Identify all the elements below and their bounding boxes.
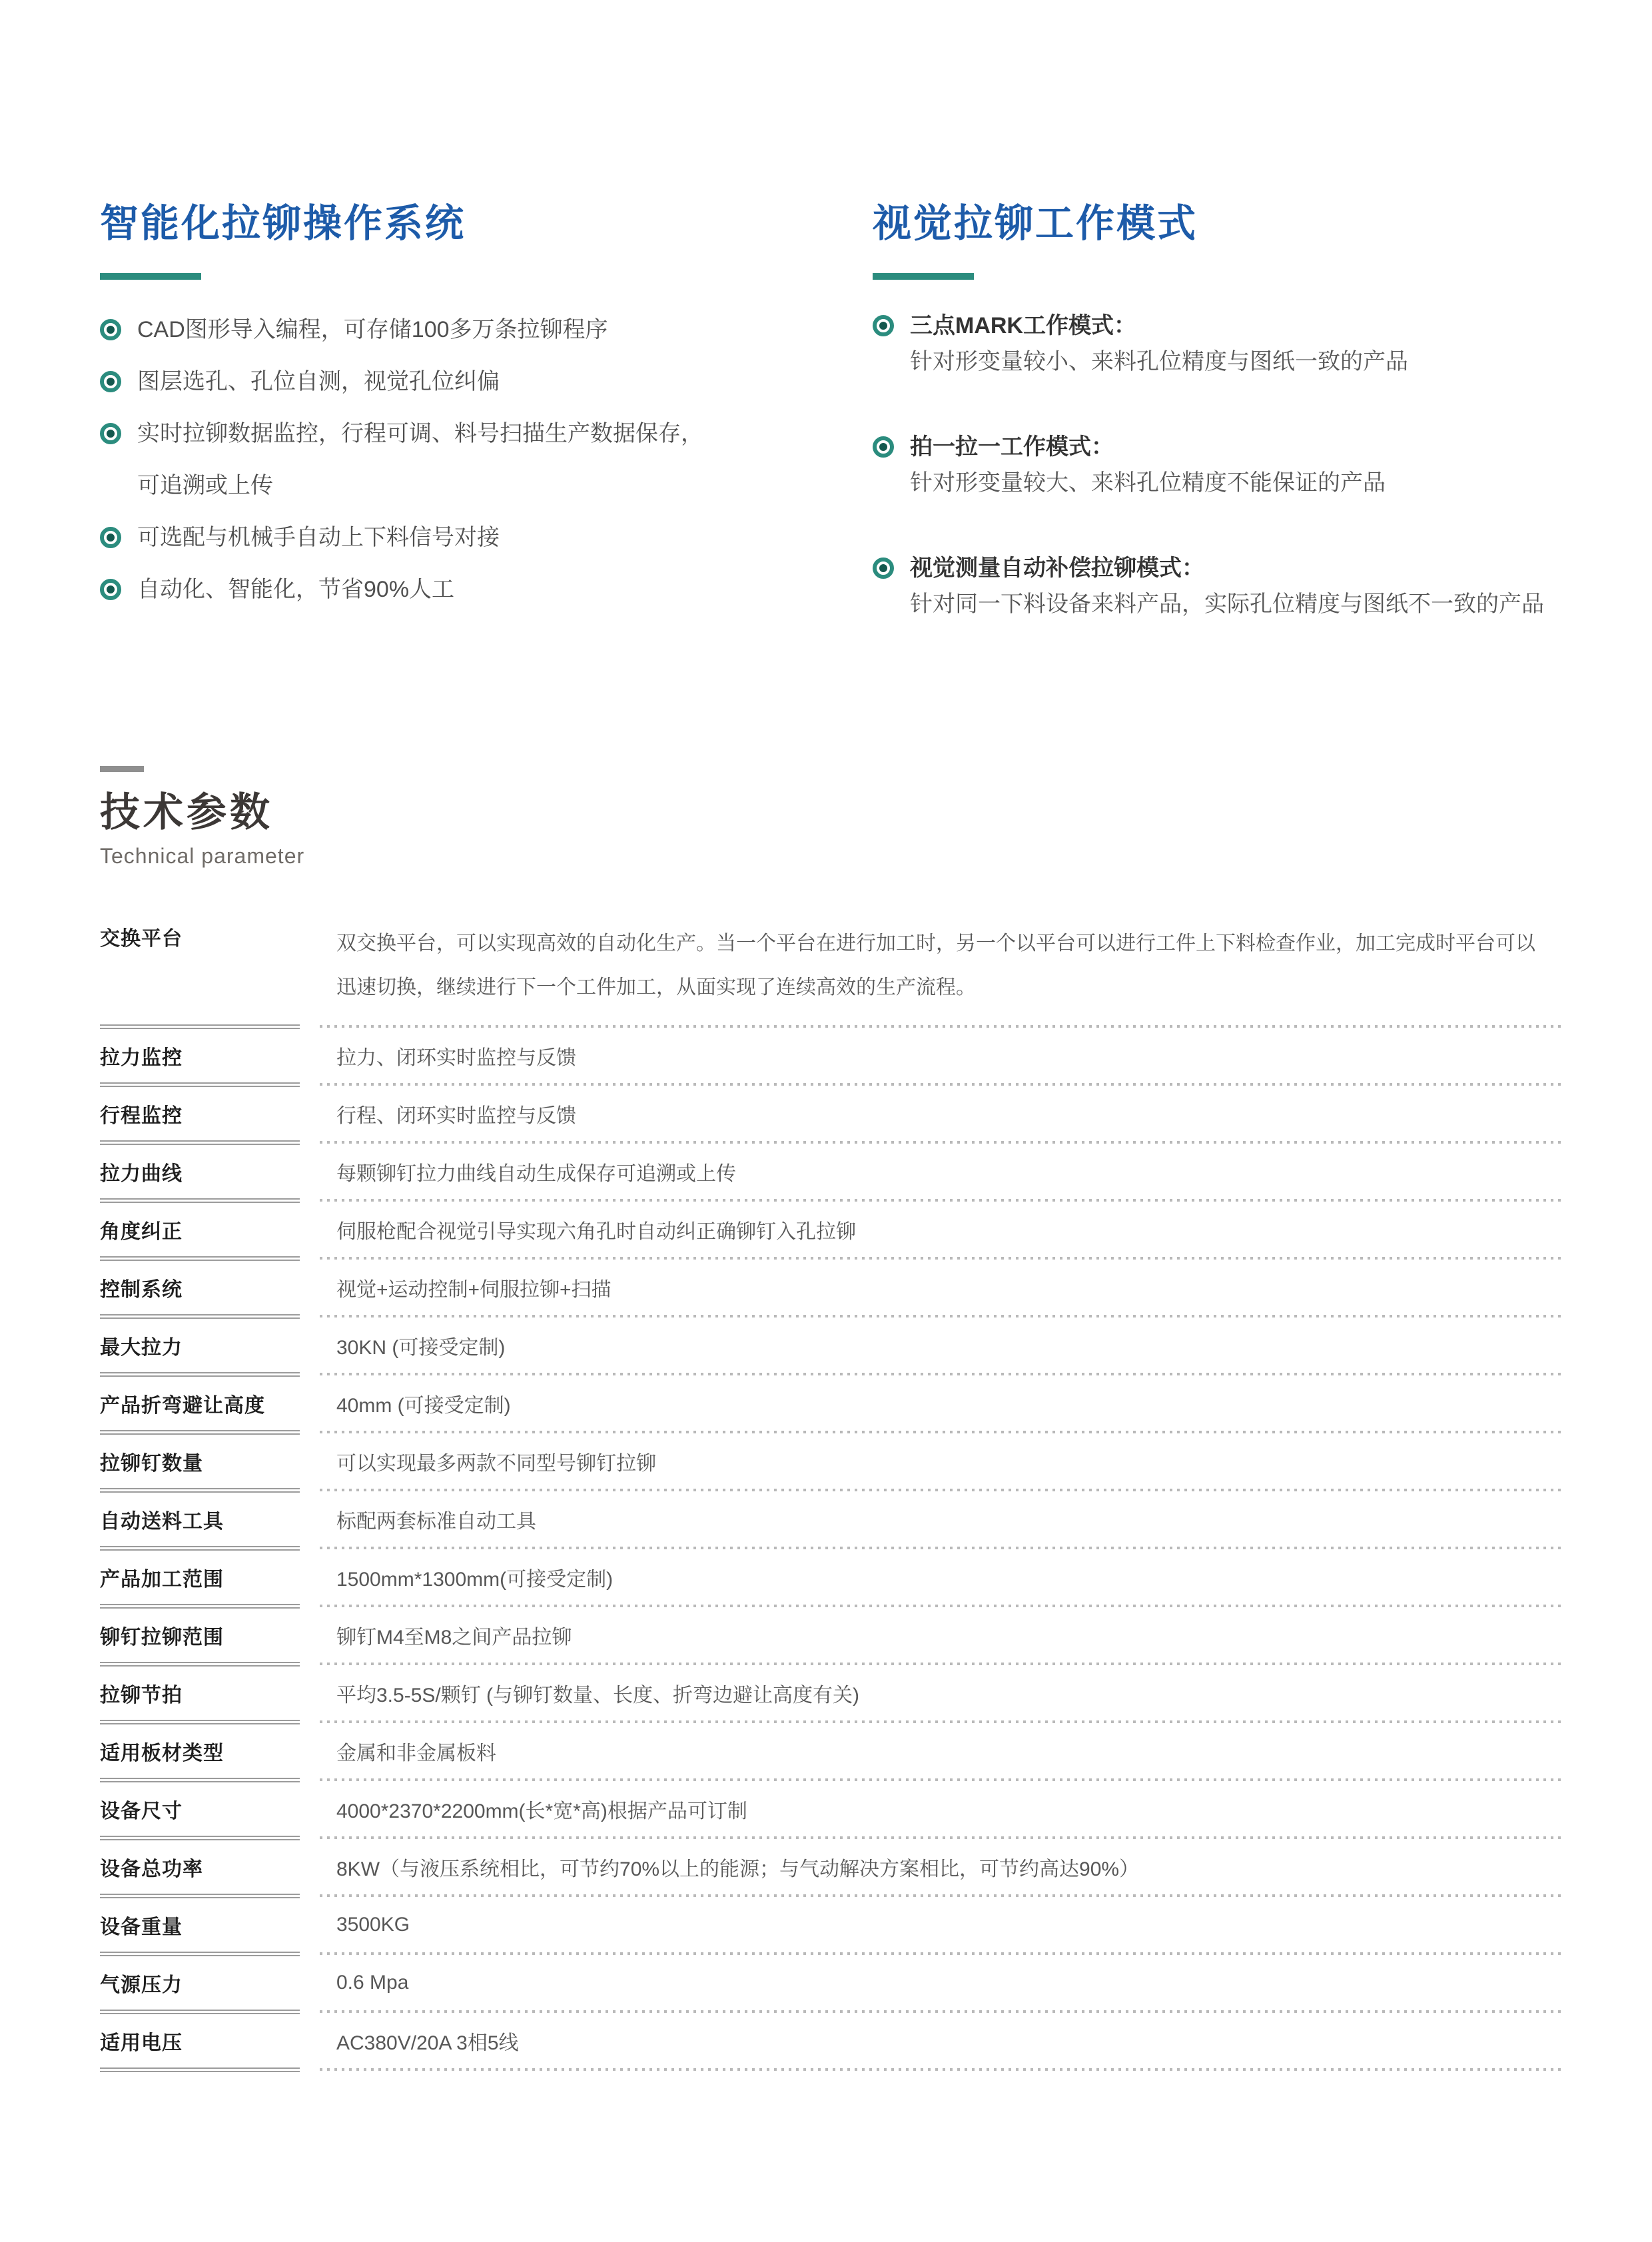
table-row: 拉力监控 拉力、闭环实时监控与反馈 — [100, 1029, 1562, 1082]
row-separator — [100, 2010, 1562, 2014]
separator-dotted-line — [320, 1778, 1562, 1781]
mode-title: 三点MARK工作模式： — [910, 308, 1592, 344]
row-value: AC380V/20A 3相5线 — [336, 2026, 1562, 2055]
separator-dotted-line — [320, 1663, 1562, 1665]
separator-solid-line — [100, 1430, 300, 1435]
separator-dotted-line — [320, 1547, 1562, 1549]
row-separator — [100, 1314, 1562, 1319]
bullet-icon — [100, 579, 121, 600]
separator-dotted-line — [320, 1489, 1562, 1491]
table-row: 自动送料工具 标配两套标准自动工具 — [100, 1493, 1562, 1546]
table-row: 拉铆节拍 平均3.5-5S/颗钉 (与铆钉数量、长度、折弯边避让高度有关) — [100, 1667, 1562, 1720]
list-item: 可选配与机械手自动上下料信号对接 — [100, 512, 707, 563]
row-label: 角度纠正 — [100, 1215, 336, 1244]
separator-dotted-line — [320, 1199, 1562, 1202]
table-row: 设备尺寸 4000*2370*2200mm(长*宽*高)根据产品可订制 — [100, 1782, 1562, 1836]
separator-solid-line — [100, 1314, 300, 1319]
gray-dash — [100, 766, 144, 772]
table-row: 铆钉拉铆范围 铆钉M4至M8之间产品拉铆 — [100, 1609, 1562, 1662]
list-item: 实时拉铆数据监控，行程可调、料号扫描生产数据保存，可追溯或上传 — [100, 408, 707, 512]
row-separator — [100, 2067, 1562, 2072]
row-value: 拉力、闭环实时监控与反馈 — [336, 1041, 1562, 1070]
separator-solid-line — [100, 1140, 300, 1145]
row-label: 拉力曲线 — [100, 1157, 336, 1186]
row-value: 8KW（与液压系统相比，可节约70%以上的能源；与气动解决方案相比，可节约高达9… — [336, 1852, 1562, 1882]
separator-solid-line — [100, 1778, 300, 1782]
mode-description: 针对形变量较大、来料孔位精度不能保证的产品 — [910, 465, 1592, 501]
row-label: 行程监控 — [100, 1099, 336, 1128]
section-smart-riveting-system: 智能化拉铆操作系统 CAD图形导入编程，可存储100多万条拉铆程序 图层选孔、孔… — [100, 200, 819, 615]
row-separator — [100, 1372, 1562, 1377]
table-row: 控制系统 视觉+运动控制+伺服拉铆+扫描 — [100, 1261, 1562, 1314]
separator-solid-line — [100, 1198, 300, 1203]
row-value: 平均3.5-5S/颗钉 (与铆钉数量、长度、折弯边避让高度有关) — [336, 1679, 1562, 1708]
row-value: 4000*2370*2200mm(长*宽*高)根据产品可订制 — [336, 1794, 1562, 1824]
separator-solid-line — [100, 1488, 300, 1493]
row-separator — [100, 1082, 1562, 1087]
brochure-page: 智能化拉铆操作系统 CAD图形导入编程，可存储100多万条拉铆程序 图层选孔、孔… — [0, 0, 1652, 2242]
table-row: 最大拉力 30KN (可接受定制) — [100, 1319, 1562, 1372]
row-value: 标配两套标准自动工具 — [336, 1505, 1562, 1534]
mode-list: 三点MARK工作模式： 针对形变量较小、来料孔位精度与图纸一致的产品 拍一拉一工… — [873, 308, 1592, 622]
list-item-text: 图层选孔、孔位自测，视觉孔位纠偏 — [137, 369, 500, 394]
row-label: 设备重量 — [100, 1910, 336, 1940]
feature-list: CAD图形导入编程，可存储100多万条拉铆程序 图层选孔、孔位自测，视觉孔位纠偏… — [100, 304, 819, 615]
row-value: 伺服枪配合视觉引导实现六角孔时自动纠正确铆钉入孔拉铆 — [336, 1215, 1562, 1244]
table-row: 设备重量 3500KG — [100, 1898, 1562, 1952]
row-separator — [100, 1778, 1562, 1782]
separator-solid-line — [100, 1256, 300, 1261]
row-value: 30KN (可接受定制) — [336, 1331, 1562, 1360]
list-item: CAD图形导入编程，可存储100多万条拉铆程序 — [100, 304, 707, 356]
row-separator — [100, 1604, 1562, 1609]
separator-dotted-line — [320, 1025, 1562, 1028]
separator-solid-line — [100, 2010, 300, 2014]
mode-title: 视觉测量自动补偿拉铆模式： — [910, 550, 1592, 586]
row-label: 产品加工范围 — [100, 1563, 336, 1592]
section-vision-work-modes: 视觉拉铆工作模式 三点MARK工作模式： 针对形变量较小、来料孔位精度与图纸一致… — [873, 200, 1592, 671]
row-separator — [100, 1662, 1562, 1667]
separator-dotted-line — [320, 1315, 1562, 1317]
row-label: 产品折弯避让高度 — [100, 1389, 336, 1418]
separator-dotted-line — [320, 1431, 1562, 1433]
separator-solid-line — [100, 1662, 300, 1667]
list-item: 自动化、智能化，节省90%人工 — [100, 563, 707, 615]
row-separator — [100, 1894, 1562, 1898]
separator-solid-line — [100, 1952, 300, 1956]
row-separator — [100, 1198, 1562, 1203]
separator-solid-line — [100, 1082, 300, 1087]
table-row: 拉铆钉数量 可以实现最多两款不同型号铆钉拉铆 — [100, 1435, 1562, 1488]
row-separator — [100, 1836, 1562, 1840]
row-value: 金属和非金属板料 — [336, 1736, 1562, 1766]
separator-solid-line — [100, 1372, 300, 1377]
list-item: 图层选孔、孔位自测，视觉孔位纠偏 — [100, 356, 707, 408]
mode-description: 针对形变量较小、来料孔位精度与图纸一致的产品 — [910, 344, 1592, 380]
separator-dotted-line — [320, 1952, 1562, 1955]
separator-solid-line — [100, 2067, 300, 2072]
row-value: 视觉+运动控制+伺服拉铆+扫描 — [336, 1273, 1562, 1302]
row-label: 最大拉力 — [100, 1331, 336, 1360]
row-value: 40mm (可接受定制) — [336, 1389, 1562, 1418]
tech-title: 技术参数 — [100, 791, 304, 835]
tech-subtitle: Technical parameter — [100, 844, 304, 869]
separator-solid-line — [100, 1720, 300, 1724]
row-separator — [100, 1952, 1562, 1956]
parameter-table: 交换平台 双交换平台，可以实现高效的自动化生产。当一个平台在进行加工时，另一个以… — [100, 906, 1562, 2072]
row-separator — [100, 1488, 1562, 1493]
row-label: 拉力监控 — [100, 1041, 336, 1070]
row-label: 铆钉拉铆范围 — [100, 1621, 336, 1650]
section-title: 视觉拉铆工作模式 — [873, 200, 1592, 248]
separator-dotted-line — [320, 1894, 1562, 1897]
row-label: 拉铆钉数量 — [100, 1447, 336, 1476]
table-row: 产品折弯避让高度 40mm (可接受定制) — [100, 1377, 1562, 1430]
row-label: 设备尺寸 — [100, 1794, 336, 1824]
row-label: 适用电压 — [100, 2026, 336, 2055]
separator-dotted-line — [320, 1720, 1562, 1723]
bullet-icon — [100, 371, 121, 392]
mode-item: 视觉测量自动补偿拉铆模式： 针对同一下料设备来料产品，实际孔位精度与图纸不一致的… — [873, 550, 1592, 622]
row-label: 适用板材类型 — [100, 1736, 336, 1766]
bullet-icon — [100, 423, 121, 444]
row-value: 1500mm*1300mm(可接受定制) — [336, 1563, 1562, 1592]
row-label: 气源压力 — [100, 1968, 336, 1998]
bullet-icon — [100, 527, 121, 548]
separator-dotted-line — [320, 2068, 1562, 2071]
mode-title: 拍一拉一工作模式： — [910, 429, 1592, 465]
teal-underline — [873, 273, 974, 280]
table-row: 产品加工范围 1500mm*1300mm(可接受定制) — [100, 1551, 1562, 1604]
separator-dotted-line — [320, 1141, 1562, 1144]
bullet-icon — [873, 315, 894, 336]
row-label: 自动送料工具 — [100, 1505, 336, 1534]
mode-item: 拍一拉一工作模式： 针对形变量较大、来料孔位精度不能保证的产品 — [873, 429, 1592, 501]
mode-item: 三点MARK工作模式： 针对形变量较小、来料孔位精度与图纸一致的产品 — [873, 308, 1592, 380]
table-row: 拉力曲线 每颗铆钉拉力曲线自动生成保存可追溯或上传 — [100, 1145, 1562, 1198]
row-separator — [100, 1720, 1562, 1724]
row-value: 3500KG — [336, 1914, 1562, 1936]
separator-solid-line — [100, 1894, 300, 1898]
list-item-text: 实时拉铆数据监控，行程可调、料号扫描生产数据保存，可追溯或上传 — [137, 421, 703, 498]
row-separator — [100, 1140, 1562, 1145]
row-value: 双交换平台，可以实现高效的自动化生产。当一个平台在进行加工时，另一个以平台可以进… — [336, 906, 1562, 1010]
row-value: 每颗铆钉拉力曲线自动生成保存可追溯或上传 — [336, 1157, 1562, 1186]
row-label: 控制系统 — [100, 1273, 336, 1302]
row-label: 拉铆节拍 — [100, 1679, 336, 1708]
mode-description: 针对同一下料设备来料产品，实际孔位精度与图纸不一致的产品 — [910, 586, 1592, 622]
row-separator — [100, 1430, 1562, 1435]
row-label: 设备总功率 — [100, 1852, 336, 1882]
row-separator — [100, 1546, 1562, 1551]
row-value: 行程、闭环实时监控与反馈 — [336, 1099, 1562, 1128]
bullet-icon — [873, 436, 894, 458]
table-row: 气源压力 0.6 Mpa — [100, 1956, 1562, 2010]
table-row: 适用电压 AC380V/20A 3相5线 — [100, 2014, 1562, 2067]
separator-solid-line — [100, 1024, 300, 1029]
separator-solid-line — [100, 1604, 300, 1609]
separator-dotted-line — [320, 2010, 1562, 2013]
row-label: 交换平台 — [100, 906, 336, 951]
table-row: 角度纠正 伺服枪配合视觉引导实现六角孔时自动纠正确铆钉入孔拉铆 — [100, 1203, 1562, 1256]
bullet-icon — [100, 319, 121, 340]
separator-dotted-line — [320, 1373, 1562, 1375]
separator-dotted-line — [320, 1083, 1562, 1086]
table-row: 设备总功率 8KW（与液压系统相比，可节约70%以上的能源；与气动解决方案相比，… — [100, 1840, 1562, 1894]
separator-solid-line — [100, 1546, 300, 1551]
section-title: 智能化拉铆操作系统 — [100, 200, 819, 248]
teal-underline — [100, 273, 201, 280]
list-item-text: CAD图形导入编程，可存储100多万条拉铆程序 — [137, 317, 608, 342]
row-separator — [100, 1256, 1562, 1261]
table-row: 交换平台 双交换平台，可以实现高效的自动化生产。当一个平台在进行加工时，另一个以… — [100, 906, 1562, 1024]
section-technical-parameters: 技术参数 Technical parameter — [100, 766, 304, 869]
separator-solid-line — [100, 1836, 300, 1840]
table-row: 适用板材类型 金属和非金属板料 — [100, 1724, 1562, 1778]
bullet-icon — [873, 558, 894, 579]
row-value: 可以实现最多两款不同型号铆钉拉铆 — [336, 1447, 1562, 1476]
separator-dotted-line — [320, 1257, 1562, 1260]
list-item-text: 自动化、智能化，节省90%人工 — [137, 577, 454, 602]
row-value: 铆钉M4至M8之间产品拉铆 — [336, 1621, 1562, 1650]
list-item-text: 可选配与机械手自动上下料信号对接 — [137, 525, 500, 550]
table-row: 行程监控 行程、闭环实时监控与反馈 — [100, 1087, 1562, 1140]
separator-dotted-line — [320, 1836, 1562, 1839]
row-separator — [100, 1024, 1562, 1029]
separator-dotted-line — [320, 1605, 1562, 1607]
row-value: 0.6 Mpa — [336, 1972, 1562, 1994]
